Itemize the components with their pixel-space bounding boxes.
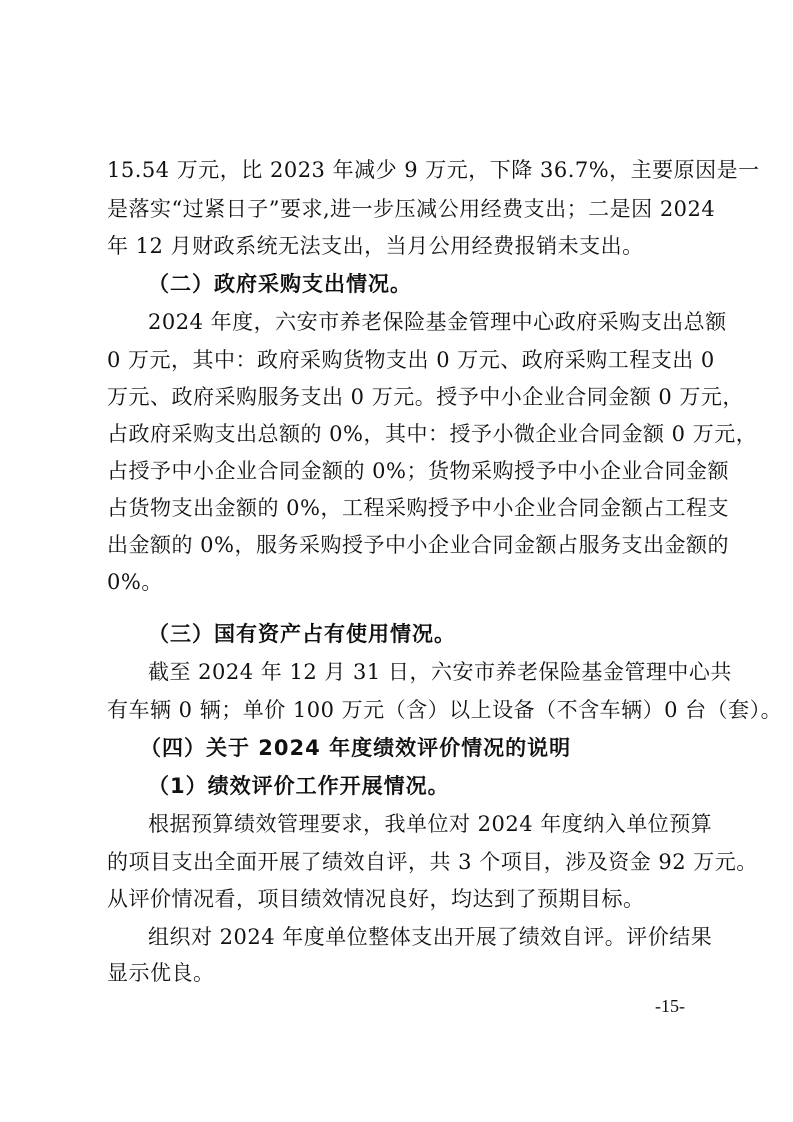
paragraph-line: 出金额的 0%，服务采购授予中小企业合同金额占服务支出金额的 — [107, 532, 693, 558]
paragraph-line: 万元、政府采购服务支出 0 万元。授予中小企业合同金额 0 万元， — [107, 384, 693, 410]
page-number: -15- — [655, 996, 685, 1017]
paragraph-line: 年 12 月财政系统无法支出，当月公用经费报销未支出。 — [107, 233, 693, 259]
paragraph-line: 0%。 — [107, 569, 693, 595]
paragraph-line: 的项目支出全面开展了绩效自评，共 3 个项目，涉及资金 92 万元。 — [107, 849, 693, 875]
section-heading-performance: （四）关于 2024 年度绩效评价情况的说明 — [140, 735, 571, 761]
paragraph-line: 组织对 2024 年度单位整体支出开展了绩效自评。评价结果 — [148, 924, 693, 950]
paragraph-line: 根据预算绩效管理要求，我单位对 2024 年度纳入单位预算 — [148, 811, 693, 837]
paragraph-line: 占货物支出金额的 0%，工程采购授予中小企业合同金额占工程支 — [107, 495, 693, 521]
section-heading-assets: （三）国有资产占有使用情况。 — [148, 621, 456, 647]
section-heading-procurement: （二）政府采购支出情况。 — [148, 271, 412, 297]
subsection-heading-evaluation: （1）绩效评价工作开展情况。 — [148, 773, 450, 799]
paragraph-line: 显示优良。 — [107, 960, 693, 986]
paragraph-line: 15.54 万元，比 2023 年减少 9 万元，下降 36.7%，主要原因是一 — [107, 157, 693, 183]
paragraph-line: 占授予中小企业合同金额的 0%；货物采购授予中小企业合同金额 — [107, 458, 693, 484]
paragraph-line: 有车辆 0 辆；单价 100 万元（含）以上设备（不含车辆）0 台（套）。 — [107, 697, 693, 723]
paragraph-line: 2024 年度，六安市养老保险基金管理中心政府采购支出总额 — [148, 309, 693, 335]
document-page: 15.54 万元，比 2023 年减少 9 万元，下降 36.7%，主要原因是一… — [0, 0, 793, 1122]
paragraph-line: 0 万元，其中：政府采购货物支出 0 万元、政府采购工程支出 0 — [107, 347, 693, 373]
paragraph-line: 从评价情况看，项目绩效情况良好，均达到了预期目标。 — [107, 886, 693, 912]
paragraph-line: 占政府采购支出总额的 0%，其中：授予小微企业合同金额 0 万元， — [107, 421, 693, 447]
paragraph-line: 截至 2024 年 12 月 31 日，六安市养老保险基金管理中心共 — [148, 659, 693, 685]
paragraph-line: 是落实“过紧日子”要求,进一步压减公用经费支出；二是因 2024 — [107, 196, 693, 222]
